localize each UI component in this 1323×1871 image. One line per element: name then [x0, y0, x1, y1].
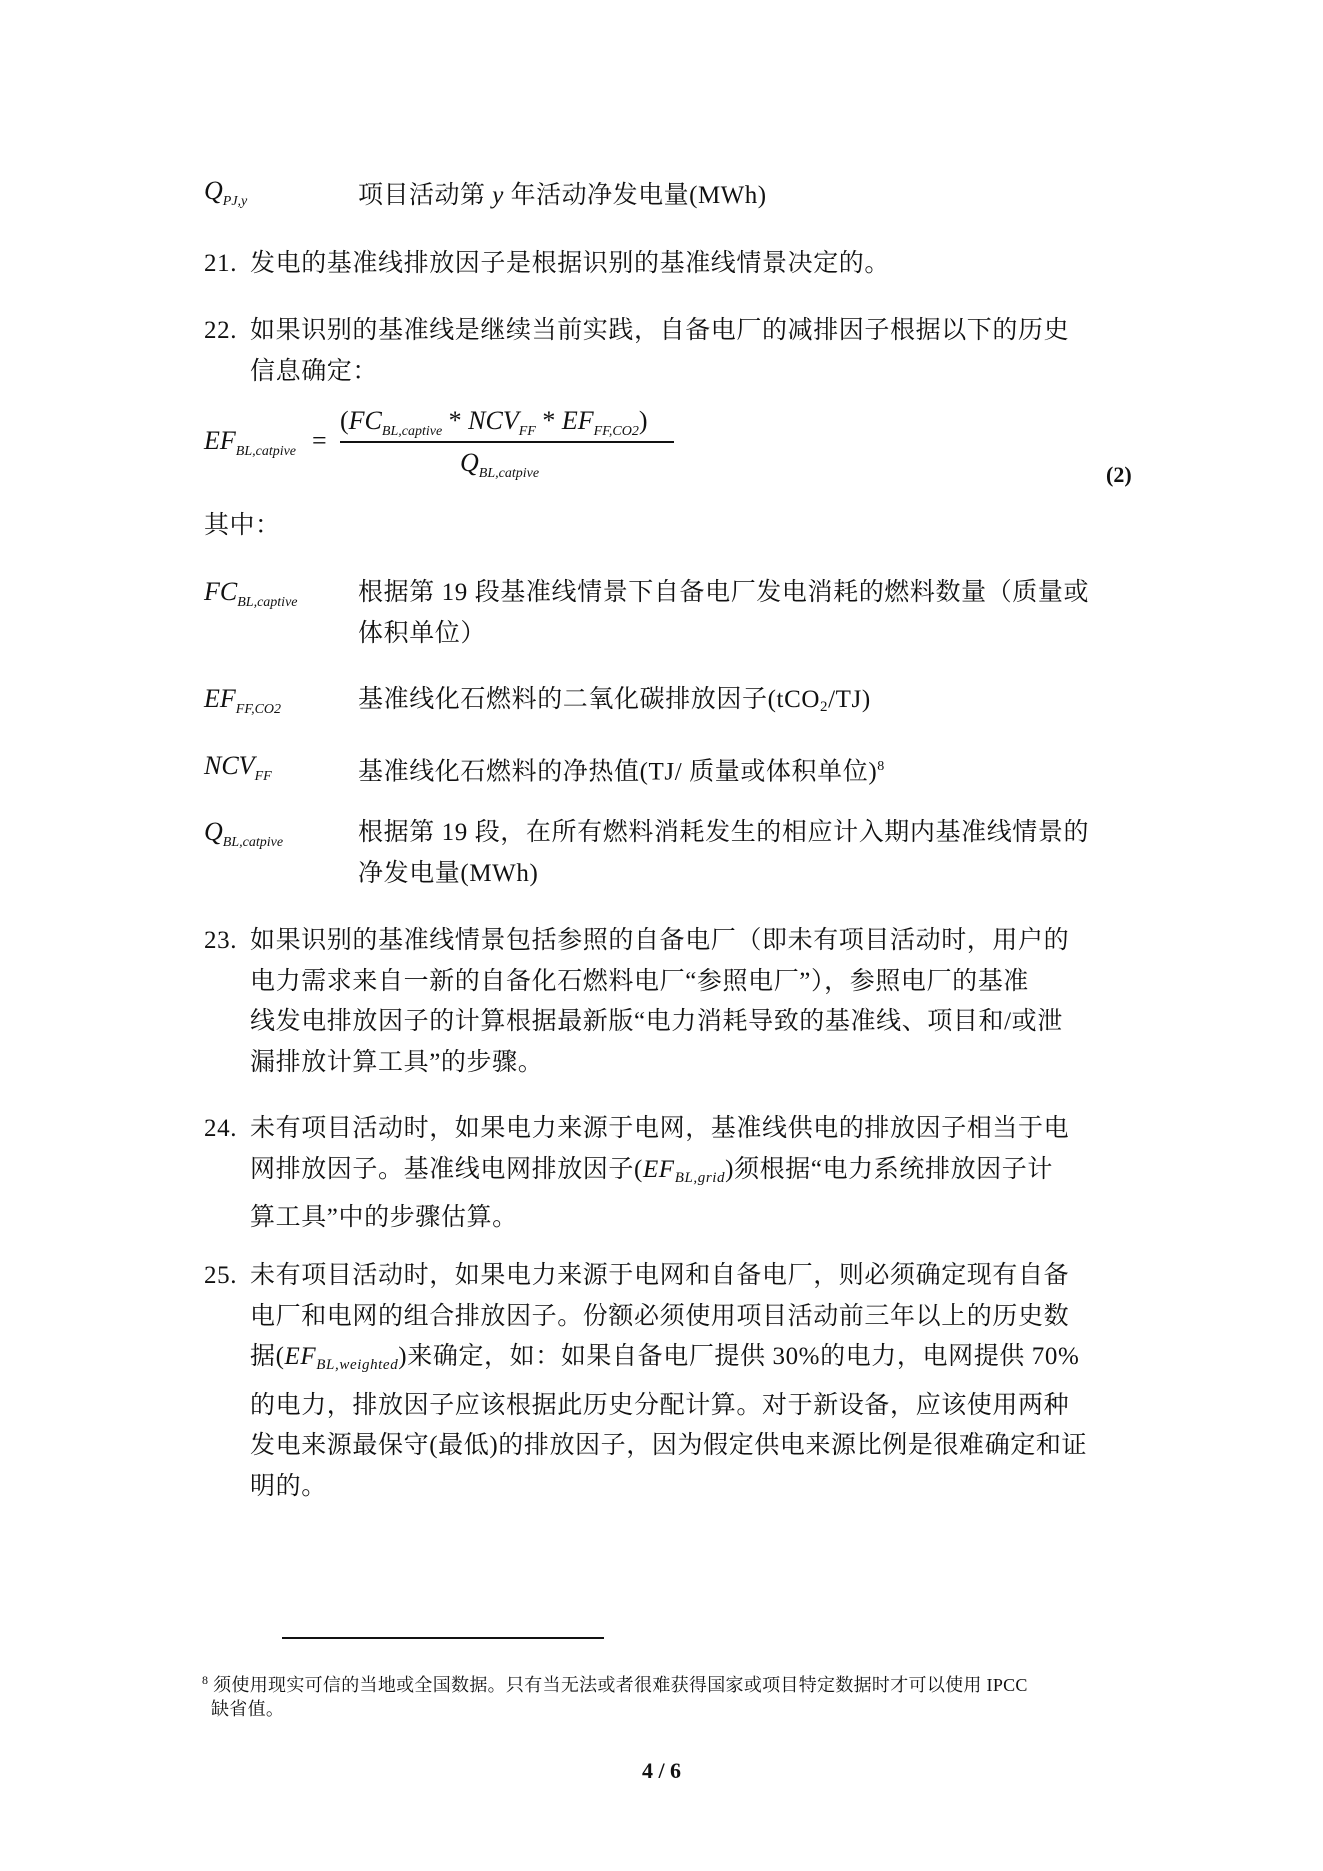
definition-line: 体积单位）: [358, 614, 1089, 655]
footnote-separator: [282, 1637, 604, 1639]
where-label: 其中：: [204, 506, 281, 546]
formula-numerator: (FCBL,captive * NCVFF * EFFF,CO2): [340, 406, 648, 440]
paragraph-number: 21.: [204, 244, 237, 285]
paragraph-24: 24. 未有项目活动时，如果电力来源于电网，基准线供电的排放因子相当于电 网排放…: [204, 1109, 1134, 1239]
paragraph-line: 据(EFBL,weighted)来确定，如：如果自备电厂提供 30%的电力，电网…: [250, 1337, 1134, 1386]
paragraph-21: 21. 发电的基准线排放因子是根据识别的基准线情景决定的。: [204, 244, 1134, 285]
paragraph-line: 线发电排放因子的计算根据最新版“电力消耗导致的基准线、项目和/或泄: [250, 1002, 1134, 1043]
paragraph-line: 如果识别的基准线是继续当前实践，自备电厂的减排因子根据以下的历史: [250, 311, 1134, 352]
formula-lhs: EFBL,catpive: [204, 426, 296, 460]
footnote-text-line2: 缺省值。: [202, 1697, 1028, 1721]
symbol-fc-bl-captive: FCBL,captive: [204, 577, 298, 611]
symbol-ef-ff-co2: EFFF,CO2: [204, 684, 281, 718]
symbol-q-bl-captive: QBL,catpive: [204, 817, 283, 851]
paragraph-25: 25. 未有项目活动时，如果电力来源于电网和自备电厂，则必须确定现有自备 电厂和…: [204, 1256, 1134, 1507]
definition-line: 根据第 19 段，在所有燃料消耗发生的相应计入期内基准线情景的: [358, 813, 1089, 854]
paragraph-number: 22.: [204, 311, 237, 352]
paragraph-number: 23.: [204, 921, 237, 962]
paragraph-line: 算工具”中的步骤估算。: [250, 1198, 1134, 1239]
definition-line: 基准线化石燃料的二氧化碳排放因子(tCO2/TJ): [358, 680, 871, 728]
paragraph-line: 发电来源最保守(最低)的排放因子，因为假定供电来源比例是很难确定和证: [250, 1426, 1134, 1467]
footnote-text: 须使用现实可信的当地或全国数据。只有当无法或者很难获得国家或项目特定数据时才可以…: [213, 1675, 1028, 1695]
footnote-marker: 8: [202, 1673, 208, 1687]
symbol-ncv-ff: NCVFF: [204, 751, 272, 785]
fraction-bar: [340, 441, 674, 443]
definition-line: 净发电量(MWh): [358, 854, 1089, 895]
footnote-8: 8 须使用现实可信的当地或全国数据。只有当无法或者很难获得国家或项目特定数据时才…: [202, 1668, 1028, 1721]
formula-label: (2): [1106, 462, 1132, 488]
paragraph-22: 22. 如果识别的基准线是继续当前实践，自备电厂的减排因子根据以下的历史 信息确…: [204, 311, 1134, 392]
paragraph-line: 如果识别的基准线情景包括参照的自备电厂（即未有项目活动时，用户的: [250, 921, 1134, 962]
paragraph-line: 漏排放计算工具”的步骤。: [250, 1043, 1134, 1084]
paragraph-line: 未有项目活动时，如果电力来源于电网，基准线供电的排放因子相当于电: [250, 1109, 1134, 1150]
footnote-ref-8[interactable]: 8: [877, 759, 885, 774]
definition-q-pj-y-text: 项目活动第 y 年活动净发电量(MWh): [358, 176, 767, 216]
paragraph-line: 网排放因子。基准线电网排放因子(EFBL,grid)须根据“电力系统排放因子计: [250, 1150, 1134, 1199]
definition-line: 基准线化石燃料的净热值(TJ/ 质量或体积单位)8: [358, 747, 885, 793]
paragraph-line: 电力需求来自一新的自备化石燃料电厂“参照电厂”），参照电厂的基准: [250, 962, 1134, 1003]
paragraph-line: 电厂和电网的组合排放因子。份额必须使用项目活动前三年以上的历史数: [250, 1297, 1134, 1338]
definition-q-pj-y: QPJ,y: [204, 176, 247, 210]
paragraph-line: 未有项目活动时，如果电力来源于电网和自备电厂，则必须确定现有自备: [250, 1256, 1134, 1297]
symbol-q-pj-y: QPJ,y: [204, 176, 247, 205]
definition-line: 根据第 19 段基准线情景下自备电厂发电消耗的燃料数量（质量或: [358, 573, 1089, 614]
formula-ef-bl-captive: EFBL,catpive = (FCBL,captive * NCVFF * E…: [204, 400, 1134, 500]
paragraph-line: 信息确定：: [250, 352, 1134, 393]
formula-denominator: QBL,catpive: [460, 448, 539, 482]
formula-equals: =: [312, 426, 327, 456]
page-number: 4 / 6: [0, 1758, 1323, 1784]
paragraph-number: 25.: [204, 1256, 237, 1297]
paragraph-line: 发电的基准线排放因子是根据识别的基准线情景决定的。: [250, 244, 1134, 285]
paragraph-line: 的电力，排放因子应该根据此历史分配计算。对于新设备，应该使用两种: [250, 1386, 1134, 1427]
paragraph-23: 23. 如果识别的基准线情景包括参照的自备电厂（即未有项目活动时，用户的 电力需…: [204, 921, 1134, 1083]
paragraph-number: 24.: [204, 1109, 237, 1150]
paragraph-line: 明的。: [250, 1467, 1134, 1508]
